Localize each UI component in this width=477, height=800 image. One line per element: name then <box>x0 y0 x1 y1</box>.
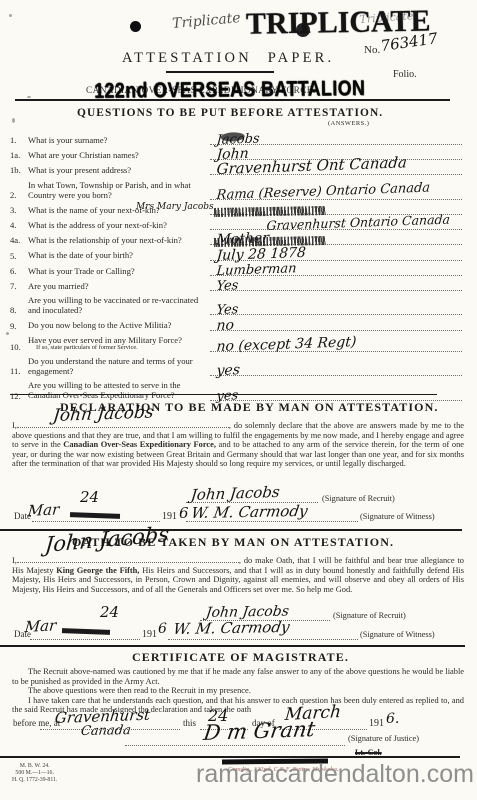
witness-signature: W. M. Carmody <box>190 502 309 522</box>
handwritten-name: John Jacobs <box>52 402 155 426</box>
answer-line: July 28 1878 <box>210 250 462 261</box>
answer-line: Mother <box>210 234 462 245</box>
justice-signature-label: (Signature of Justice) <box>348 734 419 743</box>
section-rule <box>0 645 465 647</box>
place-line <box>40 729 180 730</box>
certificate-heading: CERTIFICATE OF MAGISTRATE. <box>132 650 349 665</box>
answer-line: Yes <box>210 280 462 291</box>
signature-line <box>168 639 358 640</box>
handwritten-triplicate: Triplicate <box>172 10 242 32</box>
question-number: 8. <box>10 305 28 315</box>
question-row: 9. Do you now belong to the Active Milit… <box>10 320 462 331</box>
folio-label: Folio. <box>393 69 417 80</box>
handwritten-name: John Jacobs <box>44 522 170 557</box>
handwritten-day: 24 <box>80 488 99 506</box>
crossed-out-scribble <box>214 206 326 217</box>
print-code-line: M. B. W. 24. <box>12 763 57 770</box>
form-print-codes: M. B. W. 24. 500 M.—1—16. H. Q. 1772-39-… <box>12 763 57 784</box>
year-printed: 191 <box>142 629 157 640</box>
certificate-para: The Recruit above-named was cautioned by… <box>12 667 464 686</box>
question-number: 7. <box>10 281 28 291</box>
this-label: this <box>183 718 196 728</box>
scan-speck <box>9 14 12 17</box>
handwritten-month: Mar <box>24 616 57 636</box>
question-label: Are you willing to be vaccinated or re-v… <box>28 295 198 315</box>
declaration-body-bold: Canadian Over-Seas Expeditionary Force, <box>63 440 216 449</box>
question-text: What is the relationship of your next-of… <box>28 235 208 245</box>
witness-signature: W. M. Carmody <box>172 618 291 638</box>
scan-speck <box>27 96 31 98</box>
attestation-paper-scan: Triplicate TRIPLICATE Triplicate ATTESTA… <box>0 0 477 800</box>
handwritten-answer: Yes <box>216 303 239 319</box>
question-number: 5. <box>10 251 28 261</box>
question-row: 2. In what Town, Township or Parish, and… <box>10 180 462 200</box>
handwritten-place-country: Canada <box>80 723 132 739</box>
question-label: Are you willing to be attested to serve … <box>28 380 181 400</box>
title-rule <box>166 71 274 73</box>
header-rule <box>15 99 450 101</box>
question-label: What is your surname? <box>28 135 107 145</box>
answer-line: Gravenhurst Ontario Canada <box>210 219 462 230</box>
recruit-signature: John Jacobs <box>190 483 281 504</box>
question-label: What is your Trade or Calling? <box>28 266 135 276</box>
question-row: 10. Have you ever served in any Military… <box>10 335 462 352</box>
certificate-para: The above questions were then read to th… <box>12 686 464 696</box>
handwritten-answer: Lumberman <box>216 261 297 279</box>
recruit-signature-label: (Signature of Recruit) <box>322 494 395 503</box>
bottom-rule <box>0 756 460 758</box>
ink-blot <box>130 21 141 32</box>
question-label: What is the date of your birth? <box>28 250 133 260</box>
serial-no-label: No. <box>364 44 380 56</box>
question-text: What is the date of your birth? <box>28 250 208 260</box>
question-text: Do you understand the nature and terms o… <box>28 356 208 376</box>
handwritten-answer: Yes <box>216 278 239 294</box>
question-label: Do you now belong to the Active Militia? <box>28 320 171 330</box>
question-number: 1a. <box>10 150 28 160</box>
handwritten-answer: yes <box>216 362 240 379</box>
answer-line: Lumberman <box>210 265 462 276</box>
question-label: What is the address of your next-of-kin? <box>28 220 167 230</box>
handwritten-year: 6 <box>158 621 167 637</box>
question-row: 6. What is your Trade or Calling? Lumber… <box>10 265 462 276</box>
scan-speck <box>12 118 15 123</box>
question-label: In what Town, Township or Parish, and in… <box>28 180 191 200</box>
handwritten-month: Mar <box>27 500 60 520</box>
question-text: What is the address of your next-of-kin? <box>28 220 208 230</box>
question-subtext: If so, state particulars of former Servi… <box>36 345 208 352</box>
question-label: What are your Christian names? <box>28 150 139 160</box>
justice-signature: D m Grant <box>202 717 317 745</box>
answers-label: (ANSWERS.) <box>328 120 369 127</box>
question-number: 10. <box>10 342 28 352</box>
question-text: Are you willing to be attested to serve … <box>28 380 208 400</box>
scan-speck <box>6 332 9 335</box>
question-label: What is your present address? <box>28 165 131 175</box>
answer-line: Rama (Reserve) Ontario Canada <box>210 189 462 200</box>
question-row: 5. What is the date of your birth? July … <box>10 250 462 261</box>
date-line <box>30 639 140 640</box>
question-label: Are you married? <box>28 281 89 291</box>
strike-blot <box>70 512 120 519</box>
questions-list: 1. What is your surname? Jacobs 1a. What… <box>10 134 462 405</box>
question-number: 6. <box>10 266 28 276</box>
handwritten-day: 24 <box>100 603 119 621</box>
handwritten-prenote: Mrs Mary Jacobs <box>136 202 214 212</box>
question-label: What is the relationship of your next-of… <box>28 235 182 245</box>
question-row: 1. What is your surname? Jacobs <box>10 134 462 145</box>
question-number: 4a. <box>10 235 28 245</box>
answer-line: no <box>210 320 462 331</box>
handwritten-answer: Rama (Reserve) Ontario Canada <box>216 180 431 203</box>
questions-heading: QUESTIONS TO BE PUT BEFORE ATTESTATION. <box>77 107 383 119</box>
question-number: 1b. <box>10 165 28 175</box>
question-row: 7. Are you married? Yes <box>10 280 462 291</box>
answer-line: Gravenhurst Ont Canada <box>210 164 462 175</box>
question-number: 3. <box>10 205 28 215</box>
date-label: Date <box>14 511 31 521</box>
question-text: Do you now belong to the Active Militia? <box>28 320 208 330</box>
question-text: What is your surname? <box>28 135 208 145</box>
print-code-line: 500 M.—1—16. <box>12 770 57 777</box>
question-row: 11. Do you understand the nature and ter… <box>10 356 462 376</box>
question-number: 12. <box>10 391 28 401</box>
witness-signature-label: (Signature of Witness) <box>360 630 435 639</box>
question-label: Do you understand the nature and terms o… <box>28 356 193 376</box>
question-text: What is your present address? <box>28 165 208 175</box>
oath-body-bold: King George the Fifth, <box>56 566 139 575</box>
question-row: 4a. What is the relationship of your nex… <box>10 234 462 245</box>
question-number: 9. <box>10 321 28 331</box>
question-row: 8. Are you willing to be vaccinated or r… <box>10 295 462 315</box>
handwritten-year: 6. <box>386 711 399 727</box>
year-printed: 191 <box>369 718 384 729</box>
answer-line: Yes <box>210 304 462 315</box>
strike-blot <box>62 628 110 635</box>
question-row: 4. What is the address of your next-of-k… <box>10 219 462 230</box>
question-text: What is your Trade or Calling? <box>28 266 208 276</box>
question-row: 1b. What is your present address? Graven… <box>10 164 462 175</box>
website-watermark: ramaracardendalton.com <box>196 760 474 789</box>
oath-paragraph: I,, do make Oath, that I will be faithfu… <box>12 554 464 594</box>
question-number: 11. <box>10 366 28 376</box>
question-text: In what Town, Township or Parish, and in… <box>28 180 208 200</box>
section-rule <box>10 394 437 395</box>
answer-line: yes <box>210 365 462 376</box>
recruit-signature-label: (Signature of Recruit) <box>333 611 406 620</box>
handwritten-answer: no <box>216 317 235 334</box>
question-text: Have you ever served in any Military For… <box>28 335 208 352</box>
handwritten-answer: no (except 34 Regt) <box>216 334 357 355</box>
question-row: 12. Are you willing to be attested to se… <box>10 380 462 400</box>
question-number: 4. <box>10 220 28 230</box>
answer-line: Jacobs <box>210 134 462 145</box>
question-number: 1. <box>10 135 28 145</box>
signature-line <box>125 745 345 746</box>
declaration-paragraph: I,, do solemnly declare that the above a… <box>12 419 464 469</box>
handwritten-year: 6 <box>179 504 189 522</box>
signature-line <box>186 521 358 522</box>
question-text: Are you willing to be vaccinated or re-v… <box>28 295 208 315</box>
question-text: Are you married? <box>28 281 208 291</box>
date-line <box>32 521 160 522</box>
page-title: ATTESTATION PAPER. <box>122 50 334 67</box>
answer-line: no (except 34 Regt) <box>210 341 462 352</box>
question-number: 2. <box>10 190 28 200</box>
year-printed: 191 <box>162 511 177 522</box>
question-text: What are your Christian names? <box>28 150 208 160</box>
print-code-line: H. Q. 1772-39-811. <box>12 777 57 784</box>
witness-signature-label: (Signature of Witness) <box>360 512 435 521</box>
